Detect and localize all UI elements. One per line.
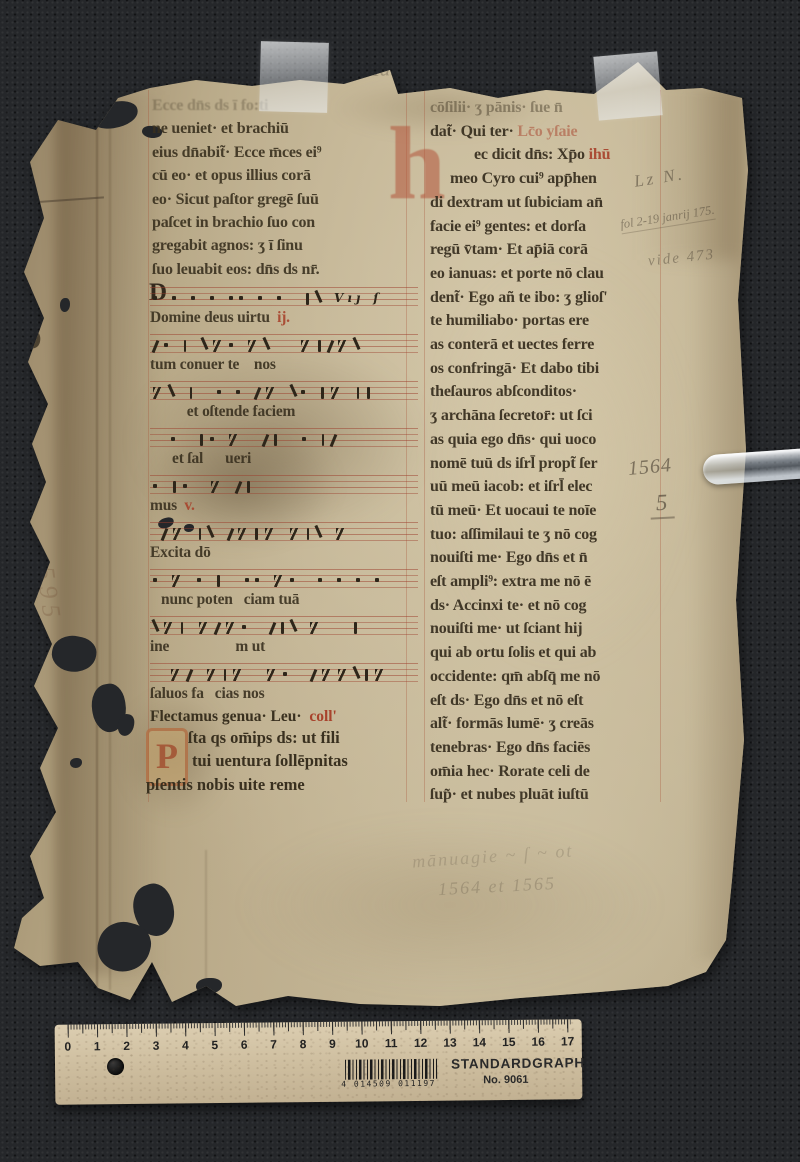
neume (226, 622, 236, 634)
neume (207, 669, 217, 681)
ruler-number: 7 (270, 1037, 277, 1051)
manuscript-line: as quia ego dn̄s· qui uoco (430, 428, 668, 452)
neume (337, 578, 341, 582)
neume (310, 622, 320, 634)
neume (236, 390, 240, 394)
neume (226, 528, 233, 541)
neume (338, 340, 348, 352)
ruler-number: 4 (182, 1038, 189, 1052)
neume (321, 387, 324, 399)
neume (210, 437, 214, 441)
music-staff (150, 471, 418, 497)
neume (214, 622, 221, 635)
music-lyric: et oſtende faciem (150, 403, 418, 424)
ruler-number: 9 (329, 1037, 336, 1051)
tape-strip (593, 51, 662, 120)
neume (199, 622, 209, 634)
neume (242, 625, 246, 629)
parchment-hole (196, 978, 222, 994)
ruler-number: 0 (64, 1040, 71, 1054)
neume (183, 484, 187, 488)
neume (171, 437, 175, 441)
neume (234, 481, 241, 494)
parchment-hole (60, 298, 70, 312)
neume (375, 669, 385, 681)
neume (255, 578, 259, 582)
manuscript-line: gregabit agnos: ʒ ī ſinu (152, 234, 434, 257)
neume (211, 481, 221, 493)
music-lyric: et ſal ueri (150, 450, 418, 471)
neume (268, 622, 275, 635)
bottom-stain (240, 820, 660, 990)
neume (331, 387, 341, 399)
neume (267, 669, 277, 681)
manuscript-line: di dextram ut ſubiciam an̄ (430, 191, 668, 215)
ruler-brand: STANDARDGRAPH (451, 1055, 585, 1071)
manuscript-line: ʒ archāna ſecretor̄: ut ſci (430, 404, 668, 428)
spine-crease (96, 100, 98, 1000)
manuscript-line: eſt ds· Ego dn̄s et nō eſt (430, 689, 668, 713)
neume (191, 296, 195, 300)
parchment-surface: Ecce dn̄s ds ī fo:tine ueniet· et brachi… (0, 0, 800, 1162)
neume (247, 481, 250, 493)
music-staff: Vıȷſ (150, 283, 418, 309)
manuscript-line: nouiſti me· ut ſciant hij (430, 617, 668, 641)
manuscript-line: dent̃· Ego añ te ibo: ʒ glioſ' (430, 286, 668, 310)
neume (184, 340, 187, 352)
manuscript-line: regū v̄tam· Et ap̄iā corā (430, 238, 668, 262)
neume (266, 387, 276, 399)
neume (153, 484, 157, 488)
ruler-number: 17 (561, 1034, 575, 1048)
ruler-number: 16 (531, 1035, 545, 1049)
neume (354, 622, 357, 634)
neume (310, 669, 317, 682)
neume (171, 669, 181, 681)
neume (172, 296, 176, 300)
manuscript-line: as conterā et uectes ferre (430, 333, 668, 357)
margin-pen-stroke (0, 196, 104, 205)
manuscript-line: om̄ia hec· Rorate celi de (430, 760, 668, 784)
neume (365, 669, 368, 681)
ruler-number: 3 (153, 1039, 160, 1053)
music-lyric: nunc poten ciam tuā (150, 591, 418, 612)
neume (314, 525, 322, 538)
neume (248, 340, 258, 352)
neume (206, 525, 214, 538)
neume (255, 528, 258, 540)
neume (301, 340, 311, 352)
ruler-number: 14 (473, 1035, 487, 1049)
manuscript-line: os confringā· Et dabo tibi (430, 357, 668, 381)
top-cursive-inscription: Manuel (361, 54, 426, 82)
neume (307, 528, 310, 540)
tape-strip (259, 41, 329, 113)
neume (239, 296, 243, 300)
rubric-red: coll' (309, 708, 337, 725)
manuscript-line: alt̃· formās lumē· ʒ creās (430, 712, 668, 736)
music-lyric: Domine deus uirtu ij. (150, 309, 418, 330)
neume (164, 343, 168, 347)
neume (181, 622, 184, 634)
manuscript-line: nouiſti me· Ego dn̄s et n̄ (430, 546, 668, 570)
neume (164, 622, 174, 634)
neume (190, 387, 193, 399)
neume (265, 528, 275, 540)
neume (322, 434, 325, 446)
neume (173, 528, 183, 540)
manuscript-line: te humiliabo· portas ere (430, 309, 668, 333)
neume (161, 528, 168, 541)
manuscript-line: tuo: aſſimilaui te ʒ nō cog (430, 523, 668, 547)
manuscript-line: theſauros abſconditos· (430, 380, 668, 404)
ruler-number: 2 (123, 1039, 130, 1053)
margin-note-5: 5 (649, 489, 674, 519)
neume (336, 528, 346, 540)
barcode (345, 1059, 437, 1080)
neume (290, 528, 300, 540)
neume (199, 528, 202, 540)
ruler-number: 6 (241, 1038, 248, 1052)
ruler-number: 15 (502, 1035, 516, 1049)
neume (318, 340, 321, 352)
ruler-number: 8 (300, 1037, 307, 1051)
neume (153, 578, 157, 582)
music-lyric: tum conuer te nos (150, 356, 418, 377)
neume (289, 384, 297, 397)
rubric-black: Flectamus genua· Leu· (150, 708, 309, 725)
manuscript-line: ſup̃· et nubes pluāt iuſtū (430, 783, 668, 807)
ruler-model: No. 9061 (483, 1074, 528, 1086)
neume (238, 528, 248, 540)
neume: ȷ (356, 291, 360, 305)
neume: ı (347, 291, 352, 305)
neume (352, 337, 360, 350)
neume (314, 290, 322, 303)
ruler-number: 13 (443, 1036, 457, 1050)
ruler-number: 12 (414, 1036, 428, 1050)
neume (229, 296, 233, 300)
ruler-hole (107, 1058, 124, 1075)
manuscript-line: ec dicit dn̄s: Xp̄o ihū (430, 143, 668, 167)
manuscript-leaf: Ecce dn̄s ds ī fo:tine ueniet· et brachi… (0, 0, 800, 1162)
neume (153, 296, 157, 300)
neume (197, 578, 201, 582)
neume (261, 434, 268, 447)
manuscript-line: occidente: qm̄ abſq̄ me nō (430, 665, 668, 689)
neume (217, 575, 220, 587)
neume (167, 384, 175, 397)
ruler-number: 11 (385, 1036, 398, 1050)
neume (262, 337, 270, 350)
neume (338, 669, 348, 681)
manuscript-line: qui ab ortu ſolis et qui ab (430, 641, 668, 665)
neume (274, 434, 277, 446)
manuscript-line: eo ianuas: et porte nō clau (430, 262, 668, 286)
neume (229, 434, 239, 446)
music-lyric: mus v. (150, 497, 418, 518)
neume (173, 481, 176, 493)
neume (153, 387, 163, 399)
music-lyric: ine m ut (150, 638, 418, 659)
neume (200, 337, 208, 350)
neume: V (334, 291, 343, 305)
music-lyric: ſaluos fa cias nos (150, 685, 418, 706)
neume (186, 669, 193, 682)
neume (152, 340, 159, 353)
ruler-number: 1 (94, 1039, 101, 1053)
music-staff (150, 330, 418, 356)
neume (245, 578, 249, 582)
neume (367, 387, 370, 399)
neume (258, 296, 262, 300)
music-staff (150, 518, 418, 544)
neume (322, 669, 332, 681)
manuscript-line: ſta qs om̄ips ds: ut fili (146, 726, 432, 749)
neume (289, 619, 297, 632)
neume (290, 578, 294, 582)
margin-note-1564: 1564 (627, 454, 673, 481)
manuscript-line: eſt ampli⁹: extra me nō ē (430, 570, 668, 594)
music-notation-block: VıȷſDomine deus uirtu ij.tum conuer te n… (150, 283, 418, 706)
neume: ſ (373, 291, 378, 305)
ruler: 01234567891011121314151617 4 014509 0111… (55, 1019, 583, 1105)
neume (318, 578, 322, 582)
manuscript-line: ſuo leuabit eos: dn̄s ds nr̄. (152, 258, 434, 281)
manuscript-line: pſentis nobis uite reme (146, 773, 432, 796)
neume (213, 340, 223, 352)
neume (254, 387, 261, 400)
rubric-line: Flectamus genua· Leu· coll' (150, 708, 337, 726)
neume (356, 578, 360, 582)
neume (281, 622, 284, 634)
neume (357, 387, 360, 399)
spine-number: 6 (18, 307, 44, 359)
neume (210, 296, 214, 300)
ruling-line (148, 90, 149, 802)
neume (233, 669, 243, 681)
music-staff (150, 659, 418, 685)
bottom-faint-inscription: mānuagie ~ ſ ~ ot (411, 840, 574, 872)
right-text-column: cōſilii· ʒ pānis· ſue n̄dat̃· Qui ter· L… (430, 96, 668, 807)
neume (302, 437, 306, 441)
bottom-faint-date: 1564 et 1565 (438, 873, 557, 900)
neume (224, 669, 227, 681)
manuscript-line: tū meū· Et uocaui te noīe (430, 499, 668, 523)
music-staff (150, 612, 418, 638)
neume (200, 434, 203, 446)
neume (326, 340, 333, 353)
neume (352, 666, 360, 679)
neume (306, 293, 309, 305)
neume (229, 343, 233, 347)
neume (217, 390, 221, 394)
music-staff (150, 424, 418, 450)
neume (277, 296, 281, 300)
manuscript-line: tenebras· Ego dn̄s faciēs (430, 736, 668, 760)
neume (151, 619, 159, 632)
parchment-hole (49, 632, 100, 676)
music-lyric: Excita dō (150, 544, 418, 565)
music-staff (150, 377, 418, 403)
spine-crease (109, 110, 111, 990)
parchment-hole (88, 99, 139, 131)
ruler-number: 10 (355, 1036, 369, 1050)
manuscript-line: meo Cyro cui⁹ app̄hen (430, 167, 668, 191)
neume (330, 434, 337, 447)
pen-stroke (0, 3, 26, 197)
manuscript-line: tui uentura ſollēpnitas (146, 749, 432, 772)
neume (301, 390, 305, 394)
neume (283, 672, 287, 676)
manuscript-line: dat̃· Qui ter· Lc̄o yſaie (430, 120, 668, 144)
neume (375, 578, 379, 582)
ruler-number: 5 (211, 1038, 218, 1052)
neume (274, 575, 284, 587)
music-staff (150, 565, 418, 591)
manuscript-line: ds· Accinxi te· et nō cog (430, 594, 668, 618)
barcode-digits: 4 014509 011197 (341, 1079, 436, 1089)
parchment-hole (70, 758, 82, 768)
neume (172, 575, 182, 587)
collect-text: ſta qs om̄ips ds: ut filitui uentura ſol… (146, 726, 432, 796)
spine-faded-number: 595 (30, 565, 68, 626)
